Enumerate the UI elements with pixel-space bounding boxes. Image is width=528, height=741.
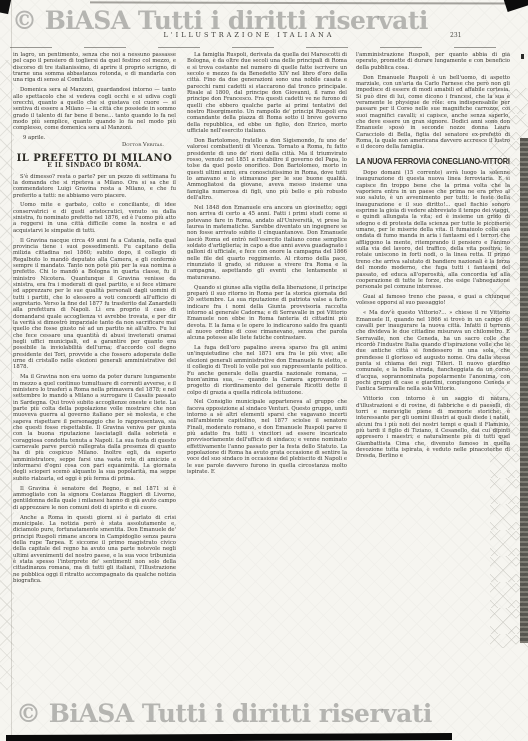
scan-artifact-bottom-bar [6, 733, 452, 741]
paragraph: Dopo domani (15 corrente) avrà luogo la … [356, 170, 510, 291]
paragraph: Il Gravina è senatore del Regno, e nel 1… [13, 486, 176, 511]
paragraph: Don Emanuele Ruspoli è un bell'uomo, di … [356, 75, 510, 151]
article-subtitle-sindaco-roma: E IL SINDACO DI ROMA. [13, 163, 176, 169]
paragraph: Il Gravina nacque circa 49 anni fa a Cat… [13, 238, 176, 371]
paragraph: « Ma dov'è questo Vittorio?... » chiese … [356, 310, 510, 392]
page-number: 231 [450, 32, 461, 39]
page-edge-shadow-right [520, 138, 528, 643]
page-edge-line-left [11, 0, 12, 741]
article-title-nuova-ferrovia: LA NUOVA FERROVIA CONEGLIANO-VITTORIO. [356, 159, 498, 165]
paragraph: Domenica sera al Manzoni, guardandosi in… [13, 87, 176, 131]
column-left: in lagro, un pentimento, senza che noi a… [13, 52, 176, 692]
paragraph: in lagro, un pentimento, senza che noi a… [13, 52, 176, 84]
paragraph: l'amministrazione Ruspoli, per quanto ab… [356, 52, 510, 71]
scan-artifact-top-left [0, 0, 12, 14]
paragraph: Vittorio con intorno è un saggio di natu… [356, 396, 510, 459]
scanned-magazine-page: © BiASA Tutti i diritti riservati © BiAS… [0, 0, 528, 741]
paragraph: S'è dimesso? resta o parte? per un pezzo… [13, 174, 176, 199]
paragraph: Anche a Roma in questi giorni si è parla… [13, 515, 176, 585]
signature-dottor-veritas: Dottor Veritas. [13, 142, 176, 148]
column-right: l'amministrazione Ruspoli, per quanto ab… [356, 52, 510, 692]
watermark-top: © BiASA Tutti i diritti riservati [12, 6, 428, 35]
paragraph: Uomo mite e garbato, colto e conciliante… [13, 202, 176, 234]
scan-top-edge-line [90, 1, 528, 4]
paragraph: Quando si giunse alla vigilia della libe… [187, 285, 347, 342]
watermark-bottom: © BiASA Tutti i diritti riservati [16, 699, 432, 728]
paragraph: La fuga dell'oro papalino aveva sparso f… [187, 345, 347, 396]
paragraph: Nel Consiglio municipale apparteneva al … [187, 399, 347, 475]
dateline: 9 aprile. [13, 135, 176, 141]
paragraph: Ma il Gravina non era uomo da poter dura… [13, 374, 176, 482]
paragraph: Guai al famoso treno che passa, e guai a… [356, 294, 510, 307]
header-rule [10, 47, 516, 48]
paragraph: La famiglia Ruspoli, derivata da quella … [187, 52, 347, 134]
scan-speck [521, 54, 524, 59]
paragraph: Nel 1848 don Emanuele era ancora un giov… [187, 205, 347, 281]
scan-artifact-top-right [504, 0, 528, 12]
paragraph: Don Bartolomeo, fratello a don Sigismond… [187, 138, 347, 201]
column-middle: La famiglia Ruspoli, derivata da quella … [187, 52, 347, 692]
